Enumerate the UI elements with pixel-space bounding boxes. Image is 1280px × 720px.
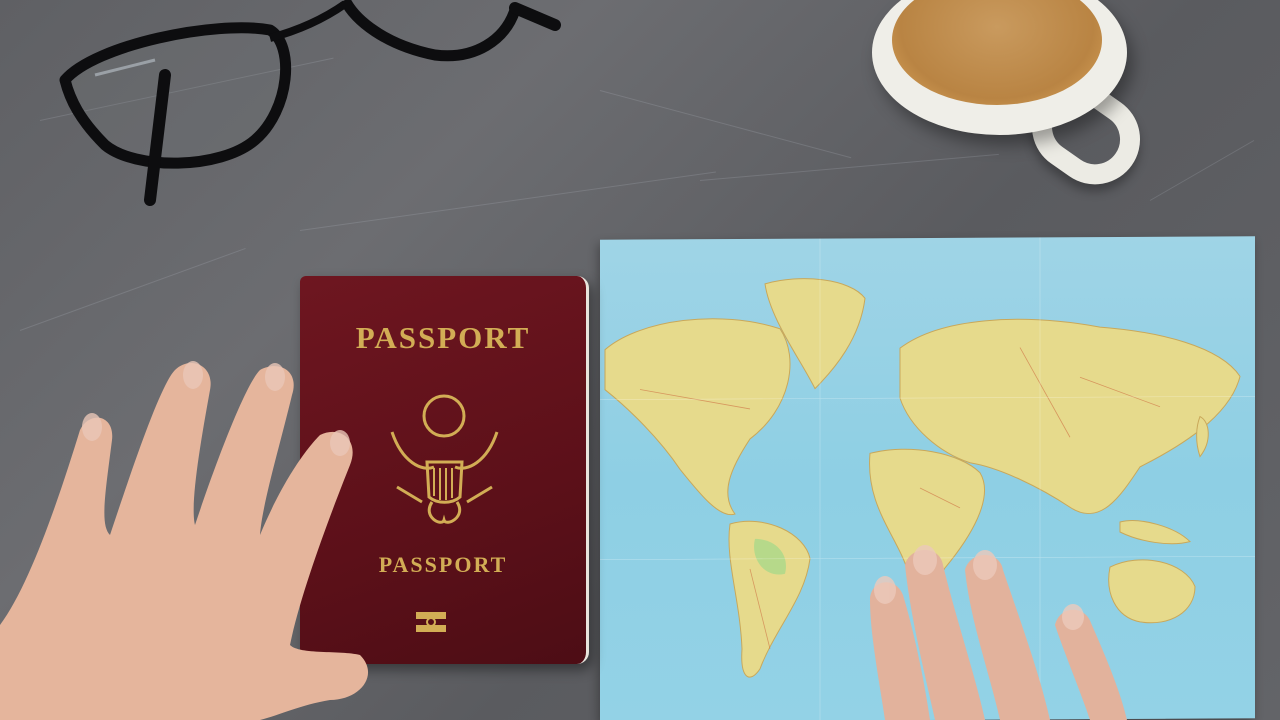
table-scratch	[20, 248, 246, 331]
biometric-chip-icon	[416, 612, 446, 632]
eagle-seal-icon	[382, 392, 507, 527]
passport-title-top: PASSPORT	[300, 320, 586, 356]
table-scratch	[1150, 140, 1254, 201]
left-hand	[0, 355, 380, 720]
right-hand	[865, 545, 1135, 720]
eyeglasses-icon	[55, 0, 565, 210]
table-scratch	[600, 90, 851, 158]
photo-scene: PASSPORT PASSPORT	[0, 0, 1280, 720]
